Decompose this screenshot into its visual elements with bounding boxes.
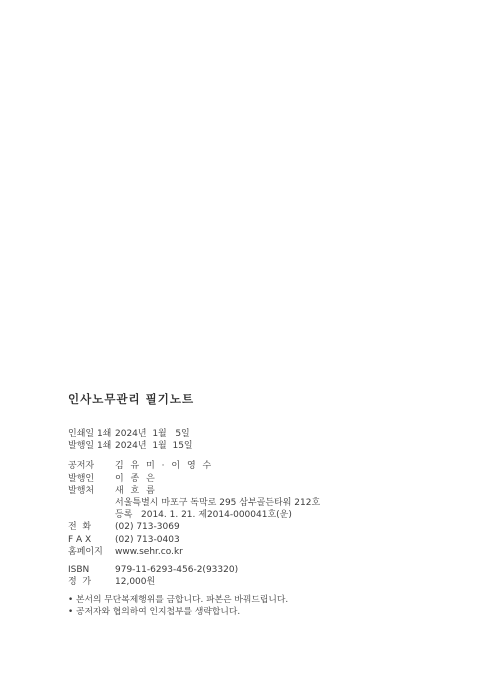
registration-row: 등록2014. 1. 21. 제2014-000041호(운) (68, 509, 448, 521)
copyright-note: • 본서의 무단복제행위를 금합니다. 파본은 바꿔드립니다. (68, 595, 448, 607)
book-title: 인사노무관리 필기노트 (68, 393, 448, 406)
price-row: 정 가 12,000원 (68, 576, 448, 588)
coauthors-label: 공저자 (68, 460, 115, 472)
homepage-row: 홈페이지 www.sehr.co.kr (68, 546, 448, 558)
phone-value: (02) 713-3069 (115, 521, 180, 533)
homepage-url: www.sehr.co.kr (115, 546, 183, 558)
print-date-value: 2024년 1월 5일 (115, 428, 190, 440)
publisher-address-row: 서울특별시 마포구 독막로 295 삼부골든타워 212호 (68, 497, 448, 509)
homepage-label: 홈페이지 (68, 546, 115, 558)
publish-date-row: 발행일 1쇄 2024년 1월 15일 (68, 440, 448, 452)
publish-date-label: 발행일 1쇄 (68, 440, 115, 452)
registration-label: 등록 (115, 509, 141, 521)
isbn-row: ISBN 979-11-6293-456-2(93320) (68, 564, 448, 576)
price-label: 정 가 (68, 576, 115, 588)
isbn-value: 979-11-6293-456-2(93320) (115, 564, 238, 576)
colophon-page: 인사노무관리 필기노트 인쇄일 1쇄 2024년 1월 5일 발행일 1쇄 20… (0, 0, 500, 683)
edition-info: 인쇄일 1쇄 2024년 1월 5일 발행일 1쇄 2024년 1월 15일 (68, 428, 448, 452)
publisher-person-value: 이 종 은 (115, 473, 157, 485)
print-date-label: 인쇄일 1쇄 (68, 428, 115, 440)
publisher-person-label: 발행인 (68, 473, 115, 485)
fax-label: F A X (68, 534, 115, 546)
isbn-price-info: ISBN 979-11-6293-456-2(93320) 정 가 12,000… (68, 564, 448, 588)
print-date-row: 인쇄일 1쇄 2024년 1월 5일 (68, 428, 448, 440)
publish-date-value: 2024년 1월 15일 (115, 440, 193, 452)
publisher-company-value: 새 흐 름 (115, 485, 157, 497)
footer-notes: • 본서의 무단복제행위를 금합니다. 파본은 바꿔드립니다. • 공저자와 협… (68, 595, 448, 619)
publisher-person-row: 발행인 이 종 은 (68, 473, 448, 485)
phone-label: 전 화 (68, 521, 115, 533)
phone-row: 전 화 (02) 713-3069 (68, 521, 448, 533)
fax-value: (02) 713-0403 (115, 534, 180, 546)
price-value: 12,000원 (115, 576, 155, 588)
publisher-address: 서울특별시 마포구 독막로 295 삼부골든타워 212호 (115, 497, 320, 509)
revenue-stamp-note: • 공저자와 협의하여 인지첩부를 생략합니다. (68, 607, 448, 619)
publication-info: 공저자 김 유 미 · 이 영 수 발행인 이 종 은 발행처 새 흐 름 서울… (68, 460, 448, 558)
fax-row: F A X (02) 713-0403 (68, 534, 448, 546)
isbn-label: ISBN (68, 564, 115, 576)
coauthors-row: 공저자 김 유 미 · 이 영 수 (68, 460, 448, 472)
publisher-company-row: 발행처 새 흐 름 (68, 485, 448, 497)
publisher-company-label: 발행처 (68, 485, 115, 497)
coauthors-value: 김 유 미 · 이 영 수 (115, 460, 213, 472)
registration-value: 2014. 1. 21. 제2014-000041호(운) (141, 510, 292, 520)
colophon-block: 인사노무관리 필기노트 인쇄일 1쇄 2024년 1월 5일 발행일 1쇄 20… (68, 393, 448, 619)
